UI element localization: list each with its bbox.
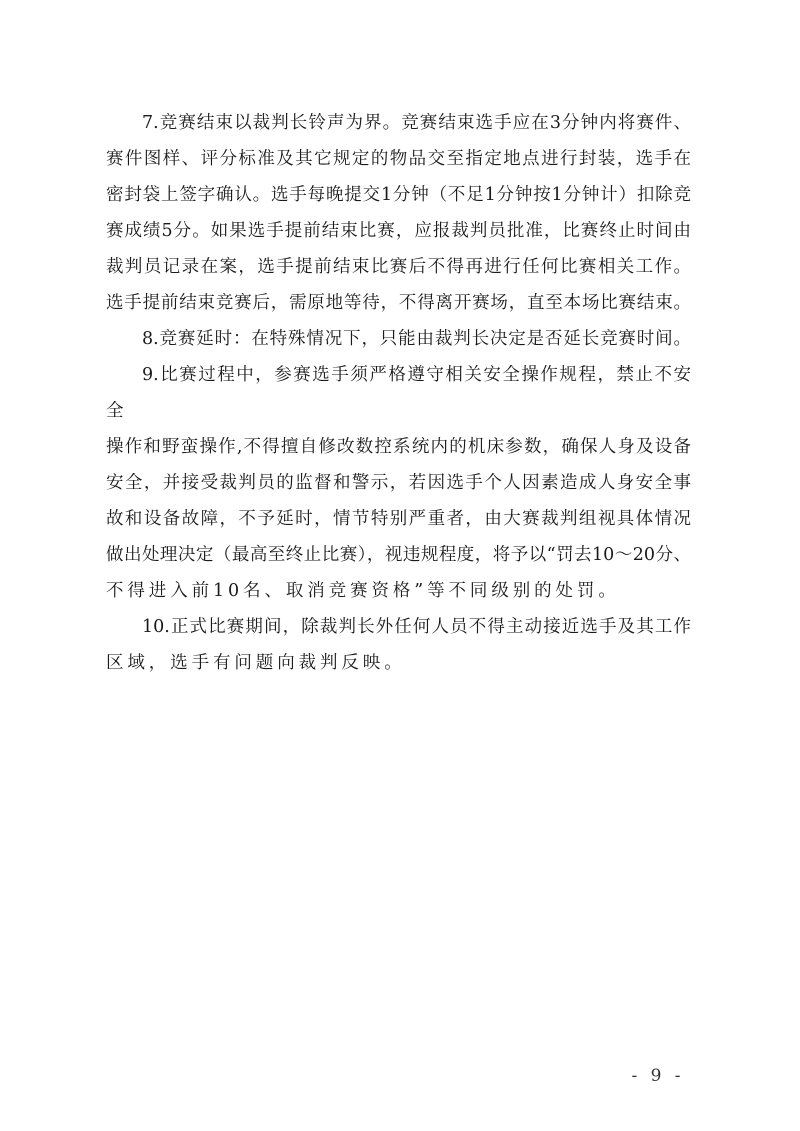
paragraph-9-line-1: 9.比赛过程中，参赛选手须严格遵守相关安全操作规程，禁止不安 bbox=[142, 360, 691, 390]
paragraph-9-line-7: 不得进入前10名、取消竞赛资格”等不同级别的处罚。 bbox=[106, 576, 691, 606]
paragraph-7-line-1: 7.竞赛结束以裁判长铃声为界。竞赛结束选手应在3分钟内将赛件、 bbox=[142, 108, 691, 138]
paragraph-10-line-1: 10.正式比赛期间，除裁判长外任何人员不得主动接近选手及其工作 bbox=[142, 612, 691, 642]
paragraph-7-line-6: 选手提前结束竞赛后，需原地等待，不得离开赛场，直至本场比赛结束。 bbox=[106, 288, 691, 318]
paragraph-10-line-2: 区域，选手有问题向裁判反映。 bbox=[106, 648, 691, 678]
paragraph-8-line-1: 8.竞赛延时：在特殊情况下，只能由裁判长决定是否延长竞赛时间。 bbox=[142, 324, 691, 354]
page-number: - 9 - bbox=[628, 1064, 688, 1088]
paragraph-9-line-3: 操作和野蛮操作,不得擅自修改数控系统内的机床参数，确保人身及设备 bbox=[106, 432, 691, 462]
paragraph-7-line-5: 裁判员记录在案，选手提前结束比赛后不得再进行任何比赛相关工作。 bbox=[106, 252, 691, 282]
paragraph-9-line-5: 故和设备故障，不予延时，情节特别严重者，由大赛裁判组视具体情况 bbox=[106, 504, 691, 534]
paragraph-7-line-2: 赛件图样、评分标准及其它规定的物品交至指定地点进行封装，选手在 bbox=[106, 144, 691, 174]
document-page: 7.竞赛结束以裁判长铃声为界。竞赛结束选手应在3分钟内将赛件、 赛件图样、评分标… bbox=[0, 0, 800, 1131]
paragraph-7-line-3: 密封袋上签字确认。选手每晚提交1分钟（不足1分钟按1分钟计）扣除竞 bbox=[106, 180, 691, 210]
paragraph-7-line-4: 赛成绩5分。如果选手提前结束比赛，应报裁判员批准，比赛终止时间由 bbox=[106, 216, 691, 246]
paragraph-9-line-2: 全 bbox=[106, 396, 691, 426]
paragraph-9-line-6: 做出处理决定（最高至终止比赛），视违规程度，将予以“罚去10～20分、 bbox=[106, 540, 691, 570]
paragraph-9-line-4: 安全，并接受裁判员的监督和警示，若因选手个人因素造成人身安全事 bbox=[106, 468, 691, 498]
